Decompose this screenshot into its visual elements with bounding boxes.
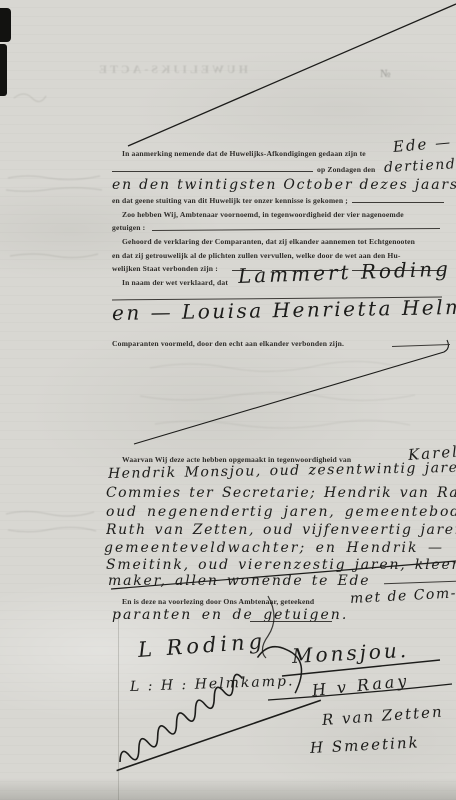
document-scan: HUWELIJKS-ACTE № In aanmerking nemende d… [0,0,456,800]
signature-flourishes [0,0,456,800]
